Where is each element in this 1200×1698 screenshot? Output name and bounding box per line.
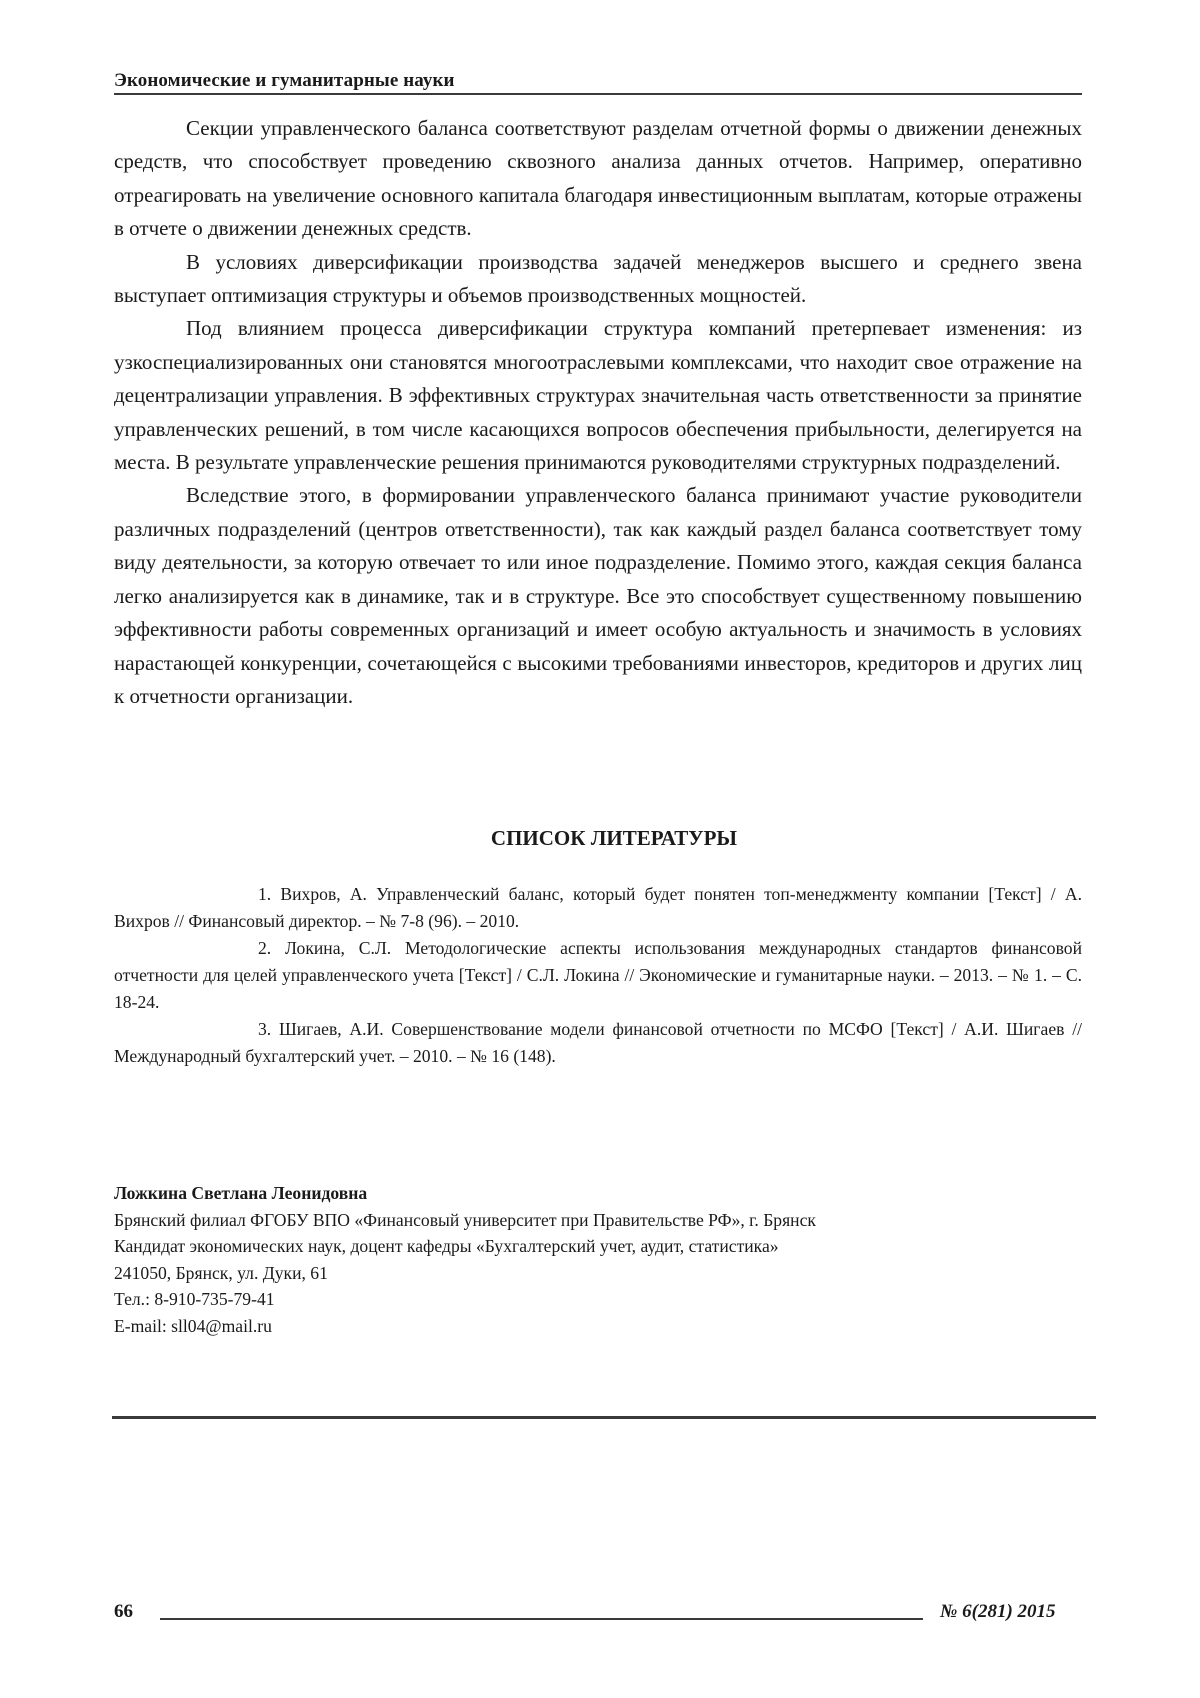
footer-rule (160, 1618, 923, 1620)
paragraph: В условиях диверсификации производства з… (114, 246, 1082, 313)
author-affiliation: Брянский филиал ФГОБУ ВПО «Финансовый ун… (114, 1207, 1082, 1234)
author-position: Кандидат экономических наук, доцент кафе… (114, 1233, 1082, 1260)
journal-title: Экономические и гуманитарные науки (114, 70, 455, 91)
page-number: 66 (114, 1601, 133, 1623)
reference-item: 1. Вихров, А. Управленческий баланс, кот… (114, 881, 1082, 935)
paragraph: Вследствие этого, в формировании управле… (114, 479, 1082, 713)
issue-label: № 6(281) 2015 (940, 1601, 1056, 1623)
section-divider (112, 1416, 1096, 1419)
author-info: Ложкина Светлана Леонидовна Брянский фил… (114, 1180, 1082, 1339)
reference-number: 2. (186, 935, 271, 962)
reference-item: 2. Локина, С.Л. Методологические аспекты… (114, 935, 1082, 1016)
author-email[interactable]: E-mail: sll04@mail.ru (114, 1313, 1082, 1340)
references-heading: СПИСОК ЛИТЕРАТУРЫ (114, 826, 1114, 851)
reference-number: 3. (186, 1016, 271, 1043)
reference-item: 3. Шигаев, А.И. Совершенствование модели… (114, 1016, 1082, 1070)
reference-number: 1. (186, 881, 271, 908)
running-head: Экономические и гуманитарные науки (114, 70, 1082, 95)
author-phone: Тел.: 8-910-735-79-41 (114, 1286, 1082, 1313)
author-name: Ложкина Светлана Леонидовна (114, 1180, 1082, 1207)
paragraph: Секции управленческого баланса соответст… (114, 112, 1082, 246)
references-list: 1. Вихров, А. Управленческий баланс, кот… (114, 881, 1082, 1070)
author-address: 241050, Брянск, ул. Дуки, 61 (114, 1260, 1082, 1287)
article-body: Секции управленческого баланса соответст… (114, 112, 1082, 713)
paragraph: Под влиянием процесса диверсификации стр… (114, 312, 1082, 479)
